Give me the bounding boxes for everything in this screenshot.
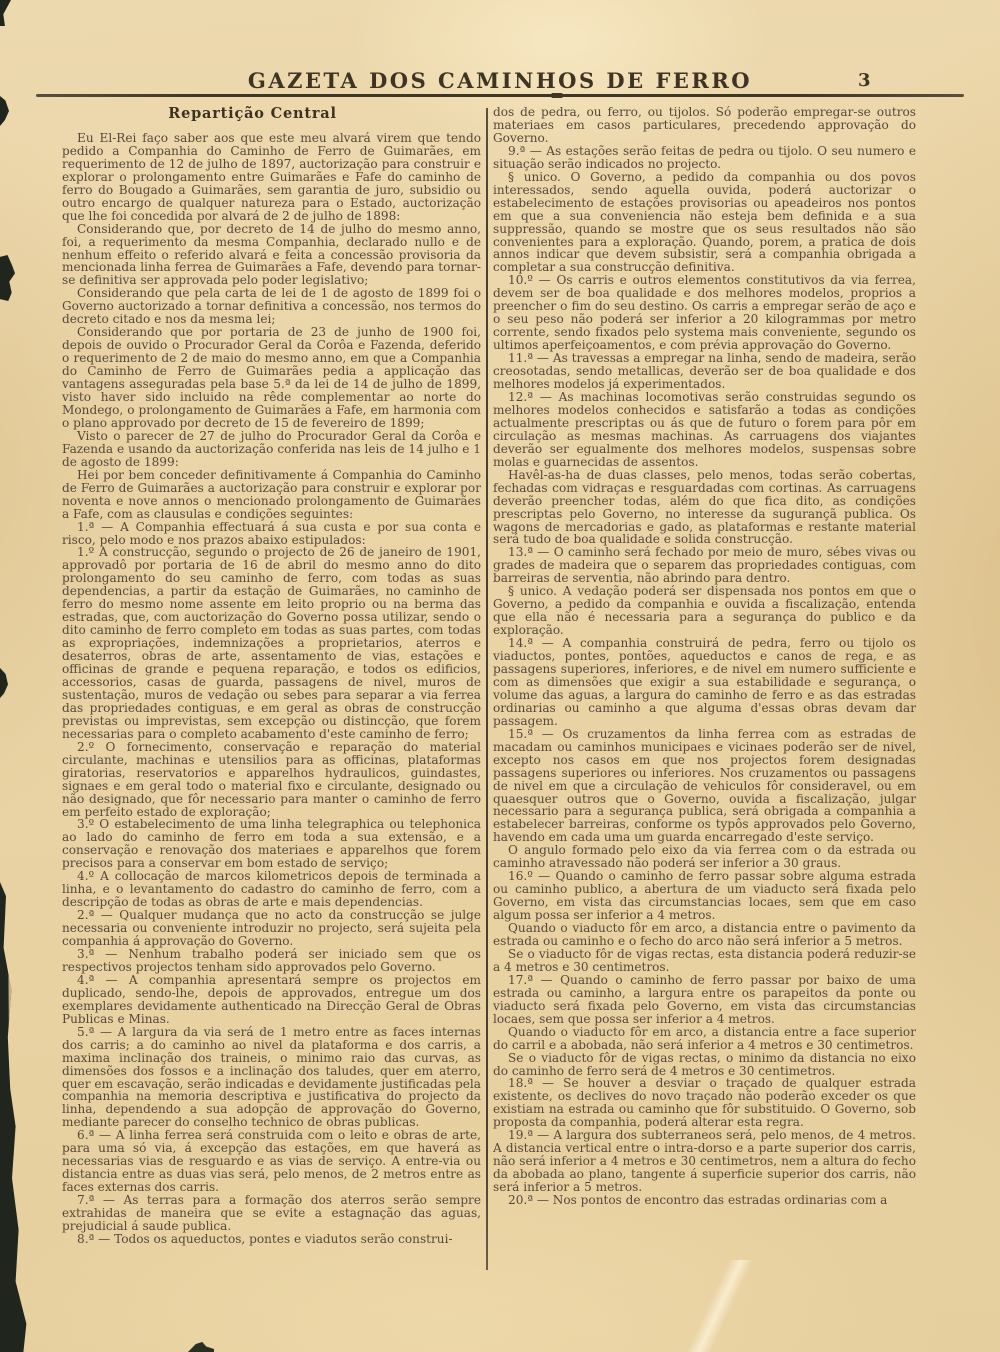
paragraph: Considerando que pela carta de lei de 1 … <box>62 287 481 326</box>
right-column: dos de pedra, ou ferro, ou tijolos. Só p… <box>493 106 916 1207</box>
paragraph: Visto o parecer de 27 de julho do Procur… <box>62 430 481 469</box>
header-rule <box>36 94 964 97</box>
page-number: 3 <box>858 70 871 91</box>
left-column-text: Eu El-Rei faço saber aos que este meu al… <box>62 132 481 1246</box>
left-column: Repartição Central Eu El-Rei faço saber … <box>62 106 481 1246</box>
paragraph: 2.º O fornecimento, conservação e repara… <box>62 741 481 819</box>
paragraph: 7.ª — As terras para a formação dos ater… <box>62 1194 481 1233</box>
paragraph: 1.ª — A Companhia effectuará á sua custa… <box>62 521 481 547</box>
paragraph: 9.ª — As estações serão feitas de pedra … <box>493 145 916 171</box>
paragraph: § unico. A vedação poderá ser dispensada… <box>493 585 916 637</box>
paragraph: 17.ª — Quando o caminho de ferro passar … <box>493 974 916 1026</box>
paragraph: 5.ª — A largura da via será de 1 metro e… <box>62 1026 481 1130</box>
paragraph: Considerando que, por decreto de 14 de j… <box>62 223 481 288</box>
scan-artifact-bottom-left-tear <box>0 882 30 1352</box>
paragraph: Quando o viaducto fôr em arco, a distanc… <box>493 1026 916 1052</box>
paragraph: 13.ª — O caminho será fechado por meio d… <box>493 546 916 585</box>
paragraph: 12.ª — As machinas locomotivas serão con… <box>493 391 916 469</box>
paragraph: 4.ª — A companhia apresentará sempre os … <box>62 974 481 1026</box>
paragraph: Eu El-Rei faço saber aos que este meu al… <box>62 132 481 223</box>
paragraph: 3.º O estabelecimento de uma linha teleg… <box>62 818 481 870</box>
paragraph: 4.º A collocação de marcos kilometricos … <box>62 870 481 909</box>
gazette-page: GAZETA DOS CAMINHOS DE FERRO 3 Repartiçã… <box>0 0 1000 1352</box>
paragraph: Havêl-as-ha de duas classes, pelo menos,… <box>493 469 916 547</box>
paragraph: 18.ª — Se houver a desviar o traçado de … <box>493 1077 916 1129</box>
paragraph: 16.º — Quando o caminho de ferro passar … <box>493 870 916 922</box>
paragraph: Quando o viaducto fôr em arco, a distanc… <box>493 922 916 948</box>
paragraph: Se o viaducto fôr de vigas rectas, esta … <box>493 948 916 974</box>
paragraph: 6.ª — A linha ferrea será construida com… <box>62 1129 481 1194</box>
scan-artifact-left-small <box>0 668 8 698</box>
paragraph: 14.ª — A companhia construirá de pedra, … <box>493 637 916 728</box>
paragraph: dos de pedra, ou ferro, ou tijolos. Só p… <box>493 106 916 145</box>
right-column-text: dos de pedra, ou ferro, ou tijolos. Só p… <box>493 106 916 1207</box>
column-divider <box>486 108 488 1270</box>
paragraph: Se o viaducto fôr de vigas rectas, o min… <box>493 1052 916 1078</box>
section-heading: Repartição Central <box>62 108 443 121</box>
paragraph: Considerando que por portaria de 23 de j… <box>62 326 481 430</box>
masthead-title: GAZETA DOS CAMINHOS DE FERRO <box>0 68 1000 93</box>
paragraph: 3.ª — Nenhum trabalho poderá ser iniciad… <box>62 948 481 974</box>
paragraph: 1.º A construcção, segundo o projecto de… <box>62 546 481 740</box>
paper-crease <box>640 1260 800 1352</box>
scan-artifact-bottom-mark <box>188 1342 214 1352</box>
paragraph: O angulo formado pelo eixo da via ferrea… <box>493 844 916 870</box>
scan-artifact-left-blob <box>0 255 15 301</box>
paragraph: 10.º — Os carris e outros elementos cons… <box>493 274 916 352</box>
paragraph: Hei por bem conceder definitivamente á C… <box>62 469 481 521</box>
paragraph: 15.ª — Os cruzamentos da linha ferrea co… <box>493 728 916 845</box>
paragraph: 8.ª — Todos os aqueductos, pontes e viad… <box>62 1233 481 1246</box>
paragraph: 19.ª — A largura dos subterraneos será, … <box>493 1129 916 1194</box>
paragraph: 20.ª — Nos pontos de encontro das estrad… <box>493 1194 916 1207</box>
scan-artifact-top-left <box>0 0 11 26</box>
scan-artifact-left-edge <box>0 96 9 126</box>
paragraph: 11.ª — As travessas a empregar na linha,… <box>493 352 916 391</box>
paragraph: § unico. O Governo, a pedido da companhi… <box>493 171 916 275</box>
paragraph: 2.ª — Qualquer mudança que no acto da co… <box>62 909 481 948</box>
